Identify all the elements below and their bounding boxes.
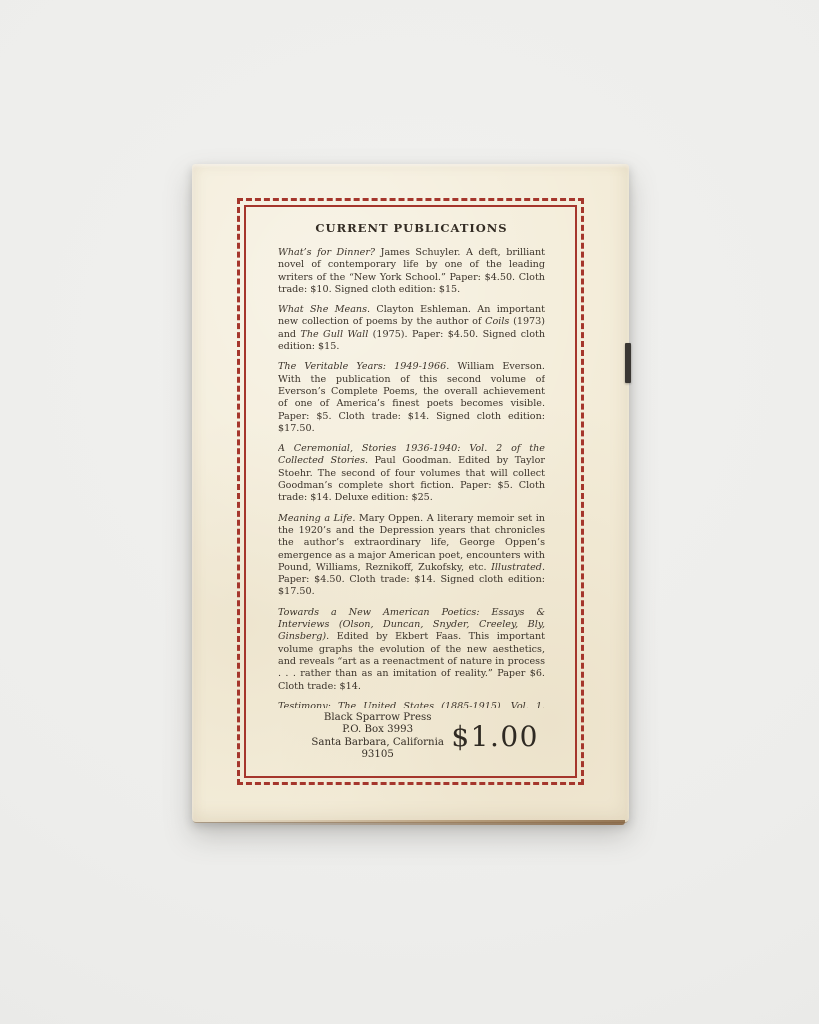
decorative-outer-border: CURRENT PUBLICATIONS What’s for Dinner? … [237,198,584,785]
publication-entry: Towards a New American Poetics: Essays &… [278,607,545,693]
publication-title-text: Testimony: The United States (1885-1915)… [278,701,545,708]
book-back-cover: CURRENT PUBLICATIONS What’s for Dinner? … [192,164,629,822]
publications-list: What’s for Dinner? James Schuyler. A def… [278,247,545,708]
publication-entry: What She Means. Clayton Eshleman. An imp… [278,304,545,353]
publication-title-text: Illustrated. [491,562,545,573]
publication-entry: A Ceremonial, Stories 1936-1940: Vol. 2 … [278,443,545,504]
publication-title-text: What She Means [278,304,367,315]
page-title: CURRENT PUBLICATIONS [278,221,545,235]
page-edge-mark [625,343,631,383]
decorative-inner-border: CURRENT PUBLICATIONS What’s for Dinner? … [244,205,577,778]
price-label: $1.00 [451,722,539,752]
page-block-edge [214,820,625,825]
publication-title-text: The Gull Wall [300,329,368,340]
publication-title-text: Coils [485,316,509,327]
cover-footer: Black Sparrow Press P.O. Box 3993 Santa … [278,708,545,762]
imprint-press-name: Black Sparrow Press [304,712,451,725]
publication-entry: Testimony: The United States (1885-1915)… [278,701,545,708]
publication-entry: What’s for Dinner? James Schuyler. A def… [278,247,545,296]
photo-backdrop: CURRENT PUBLICATIONS What’s for Dinner? … [0,0,819,1024]
imprint-po-box: P.O. Box 3993 [304,724,451,737]
publication-title-text: Meaning a Life. [278,513,355,524]
publication-title-text: The Veritable Years: 1949-1966. [278,361,449,372]
imprint-address: Black Sparrow Press P.O. Box 3993 Santa … [304,712,451,762]
publication-entry: Meaning a Life. Mary Oppen. A literary m… [278,513,545,599]
publication-body-text: Paper: $4.50. Cloth trade: $14. Signed c… [278,574,545,597]
imprint-city: Santa Barbara, California 93105 [304,737,451,762]
publication-entry: The Veritable Years: 1949-1966. William … [278,361,545,435]
publication-title-text: What’s for Dinner? [278,247,381,258]
